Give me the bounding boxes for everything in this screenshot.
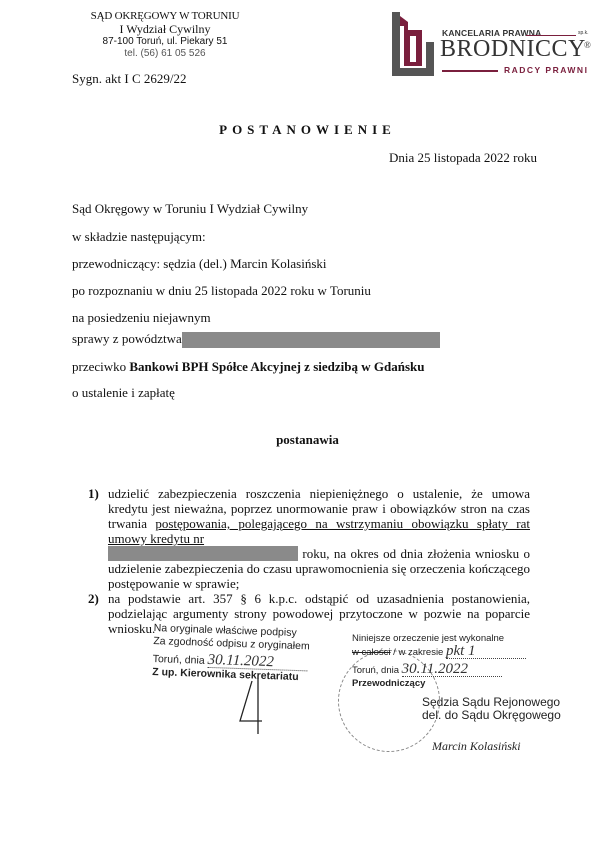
hearing-date-line: po rozpoznaniu w dniu 25 listopada 2022 … (72, 283, 371, 299)
defendant-prefix: przeciwko (72, 359, 129, 374)
stamp-line-1: Niniejsze orzeczenie jest wykonalne (352, 632, 526, 645)
stamp-strike: w całości (352, 647, 391, 658)
court-stamp: SĄD OKRĘGOWY W TORUNIU I Wydział Cywilny… (80, 10, 250, 59)
handwritten-scope: pkt 1 (446, 645, 526, 659)
court-division: I Wydział Cywilny (80, 23, 250, 37)
composition-line: w składzie następującym: (72, 229, 206, 245)
judge-delegation: del. do Sądu Okręgowego (422, 709, 561, 722)
redacted-plaintiff (182, 332, 440, 348)
item-number: 1) (88, 486, 108, 591)
decision-item-1: 1) udzielić zabezpieczenia roszczenia ni… (88, 486, 530, 591)
decision-heading: postanawia (0, 432, 595, 448)
court-phone: tel. (56) 61 05 526 (80, 48, 250, 60)
decision-items: 1) udzielić zabezpieczenia roszczenia ni… (88, 486, 530, 636)
brodniccy-logo-icon (392, 12, 436, 76)
document-date: Dnia 25 listopada 2022 roku (389, 150, 537, 166)
plaintiff-prefix: sprawy z powództwa (72, 331, 182, 346)
judge-stamp: Sędzia Sądu Rejonowego del. do Sądu Okrę… (422, 696, 561, 722)
case-number: Sygn. akt I C 2629/22 (72, 71, 186, 87)
signature-icon (232, 676, 282, 736)
redacted-loan-number (108, 546, 298, 561)
stamp-line-4: Przewodniczący (352, 677, 526, 690)
enforceability-stamp: Niniejsze orzeczenie jest wykonalne w ca… (352, 632, 526, 690)
handwritten-date: 30.11.2022 (402, 663, 502, 677)
law-firm-logo: KANCELARIA PRAWNA sp.k. BRODNICCY ® RADC… (392, 10, 592, 80)
plaintiff-line: sprawy z powództwa (72, 331, 440, 348)
logo-bottom-label: RADCY PRAWNI (504, 65, 588, 75)
defendant-name: Bankowi BPH Spółce Akcyjnej z siedzibą w… (129, 359, 424, 374)
presiding-judge-line: przewodniczący: sędzia (del.) Marcin Kol… (72, 256, 326, 272)
court-line: Sąd Okręgowy w Toruniu I Wydział Cywilny (72, 201, 308, 217)
document-title: POSTANOWIENIE (0, 122, 595, 138)
stamp-date-label: Toruń, dnia (152, 653, 204, 667)
item-text: udzielić zabezpieczenia roszczenia niepi… (108, 486, 530, 591)
logo-brand: BRODNICCY (440, 36, 586, 63)
court-address: 87-100 Toruń, ul. Piekary 51 (80, 36, 250, 48)
item-number: 2) (88, 591, 108, 636)
underlined-text: postępowania, polegającego na wstrzymani… (108, 516, 530, 546)
court-name: SĄD OKRĘGOWY W TORUNIU (80, 10, 250, 23)
subject-line: o ustalenie i zapłatę (72, 385, 175, 401)
defendant-line: przeciwko Bankowi BPH Spółce Akcyjnej z … (72, 359, 424, 375)
stamp-date-label: Toruń, dnia (352, 665, 399, 676)
logo-line-bottom (442, 70, 498, 72)
judge-name: Marcin Kolasiński (432, 739, 521, 754)
session-type-line: na posiedzeniu niejawnym (72, 310, 211, 326)
registered-icon: ® (584, 40, 591, 50)
